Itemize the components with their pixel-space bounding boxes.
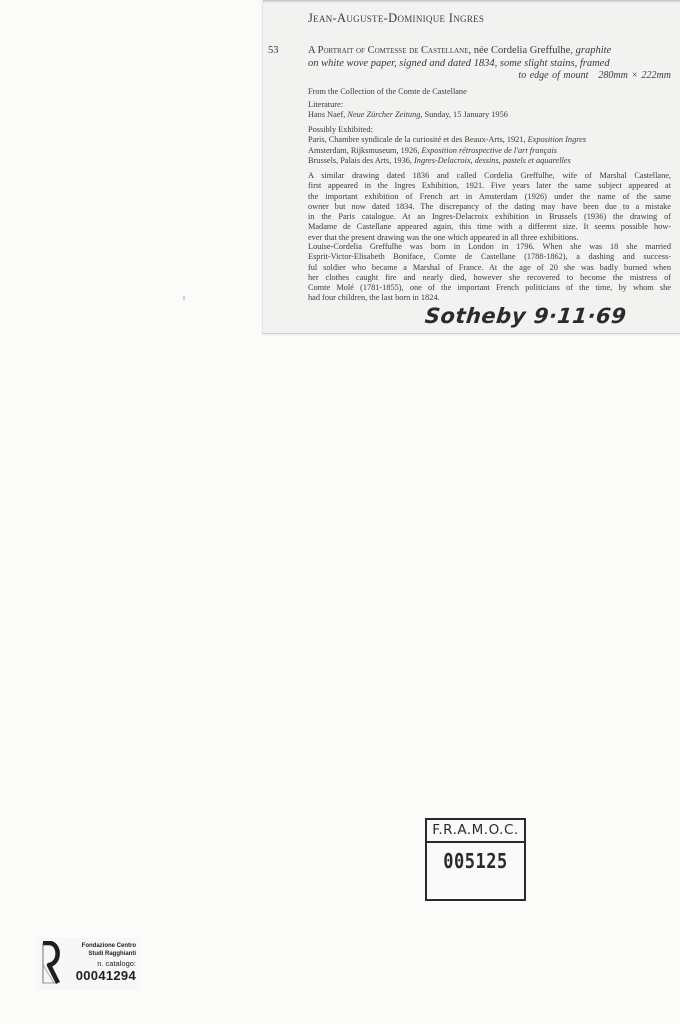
dimensions-value: 280mm × 222mm — [598, 70, 671, 81]
exhibition-title: Exposition rétrospective de l'art frança… — [421, 146, 557, 155]
exhibition-venue: Paris, Chambre syndicale de la curiosité… — [308, 135, 528, 144]
institution-line-2: Studi Ragghianti — [76, 950, 136, 958]
provenance: From the Collection of the Comte de Cast… — [308, 87, 671, 97]
exhibited-section: Possibly Exhibited: Paris, Chambre syndi… — [308, 125, 671, 166]
paragraph-line: Louise-Cordelia Greffulhe was born in Lo… — [308, 242, 671, 252]
note-paragraph-2: Louise-Cordelia Greffulhe was born in Lo… — [308, 242, 671, 304]
paragraph-line: the important exhibition of French art i… — [308, 192, 671, 202]
note-paragraph-1: A similar drawing dated 1836 and called … — [308, 171, 671, 243]
exhibition-entry: Brussels, Palais des Arts, 1936, Ingres-… — [308, 156, 671, 166]
lot-medium: graphite — [576, 45, 612, 56]
dimensions-label: to edge of mount — [518, 70, 588, 81]
paragraph-line: owner but now dated 1834. The discrepanc… — [308, 202, 671, 212]
paragraph-line: Madame de Castellane appeared again, thi… — [308, 222, 671, 232]
exhibition-entry: Paris, Chambre syndicale de la curiosité… — [308, 135, 671, 145]
paragraph-line: Comte Molé (1781-1855), one of the impor… — [308, 283, 671, 293]
catalog-label: n. catalogo: — [76, 959, 136, 968]
exhibition-venue: Brussels, Palais des Arts, 1936, — [308, 156, 414, 165]
paragraph-line: Esprit-Victor-Elisabeth Boniface, Comte … — [308, 252, 671, 262]
paragraph-line: first appeared in the Ingres Exhibition,… — [308, 181, 671, 191]
artist-name: Jean-Auguste-Dominique Ingres — [308, 11, 484, 26]
lot-medium-detail: on white wove paper, signed and dated 18… — [308, 57, 671, 70]
exhibition-entry: Amsterdam, Rijksmuseum, 1926, Exposition… — [308, 146, 671, 156]
catalogue-clipping: Jean-Auguste-Dominique Ingres 53 A Portr… — [262, 0, 680, 334]
paragraph-line: her clothes caught fire and nearly died,… — [308, 273, 671, 283]
lot-number: 53 — [268, 45, 279, 56]
exhibition-title: Ingres-Delacroix, dessins, pastels et aq… — [414, 156, 571, 165]
institution-line-1: Fondazione Centro — [76, 942, 136, 950]
literature-author: Hans Naef, — [308, 110, 347, 119]
literature-entry: Hans Naef, Neue Zürcher Zeitung, Sunday,… — [308, 110, 671, 120]
handwritten-annotation: Sotheby 9·11·69 — [424, 304, 628, 328]
stamp-header: F.R.A.M.O.C. — [427, 820, 524, 843]
archive-label-text: Fondazione Centro Studi Ragghianti n. ca… — [76, 942, 136, 983]
lot-description: A Portrait of Comtesse de Castellane, né… — [308, 44, 671, 70]
paragraph-line: had four children, the last born in 1824… — [308, 293, 671, 303]
paragraph-line: A similar drawing dated 1836 and called … — [308, 171, 671, 181]
archive-label: Fondazione Centro Studi Ragghianti n. ca… — [36, 938, 140, 990]
lot-sitter: née Cordelia Greffulhe, — [471, 45, 575, 56]
paragraph-line: ful soldier who became a Marshal of Fran… — [308, 263, 671, 273]
exhibited-heading: Possibly Exhibited: — [308, 125, 671, 135]
literature-publication: Neue Zürcher Zeitung — [347, 110, 420, 119]
literature-section: Literature: Hans Naef, Neue Zürcher Zeit… — [308, 100, 671, 121]
framoc-stamp: F.R.A.M.O.C. 005125 — [425, 818, 526, 901]
lot-title: A Portrait of Comtesse de Castellane, — [308, 45, 471, 56]
catalog-number: 00041294 — [76, 968, 136, 983]
stamp-number: 005125 — [427, 850, 524, 874]
literature-heading: Literature: — [308, 100, 671, 110]
paragraph-line: in the Paris catalogue. At an Ingres-Del… — [308, 212, 671, 222]
lot-dimensions: to edge of mount280mm × 222mm — [518, 70, 671, 81]
exhibition-title: Exposition Ingres — [528, 135, 586, 144]
exhibition-venue: Amsterdam, Rijksmuseum, 1926, — [308, 146, 421, 155]
literature-date: , Sunday, 15 January 1956 — [420, 110, 508, 119]
paper-speck — [183, 296, 185, 300]
r-logo-icon — [40, 941, 62, 985]
